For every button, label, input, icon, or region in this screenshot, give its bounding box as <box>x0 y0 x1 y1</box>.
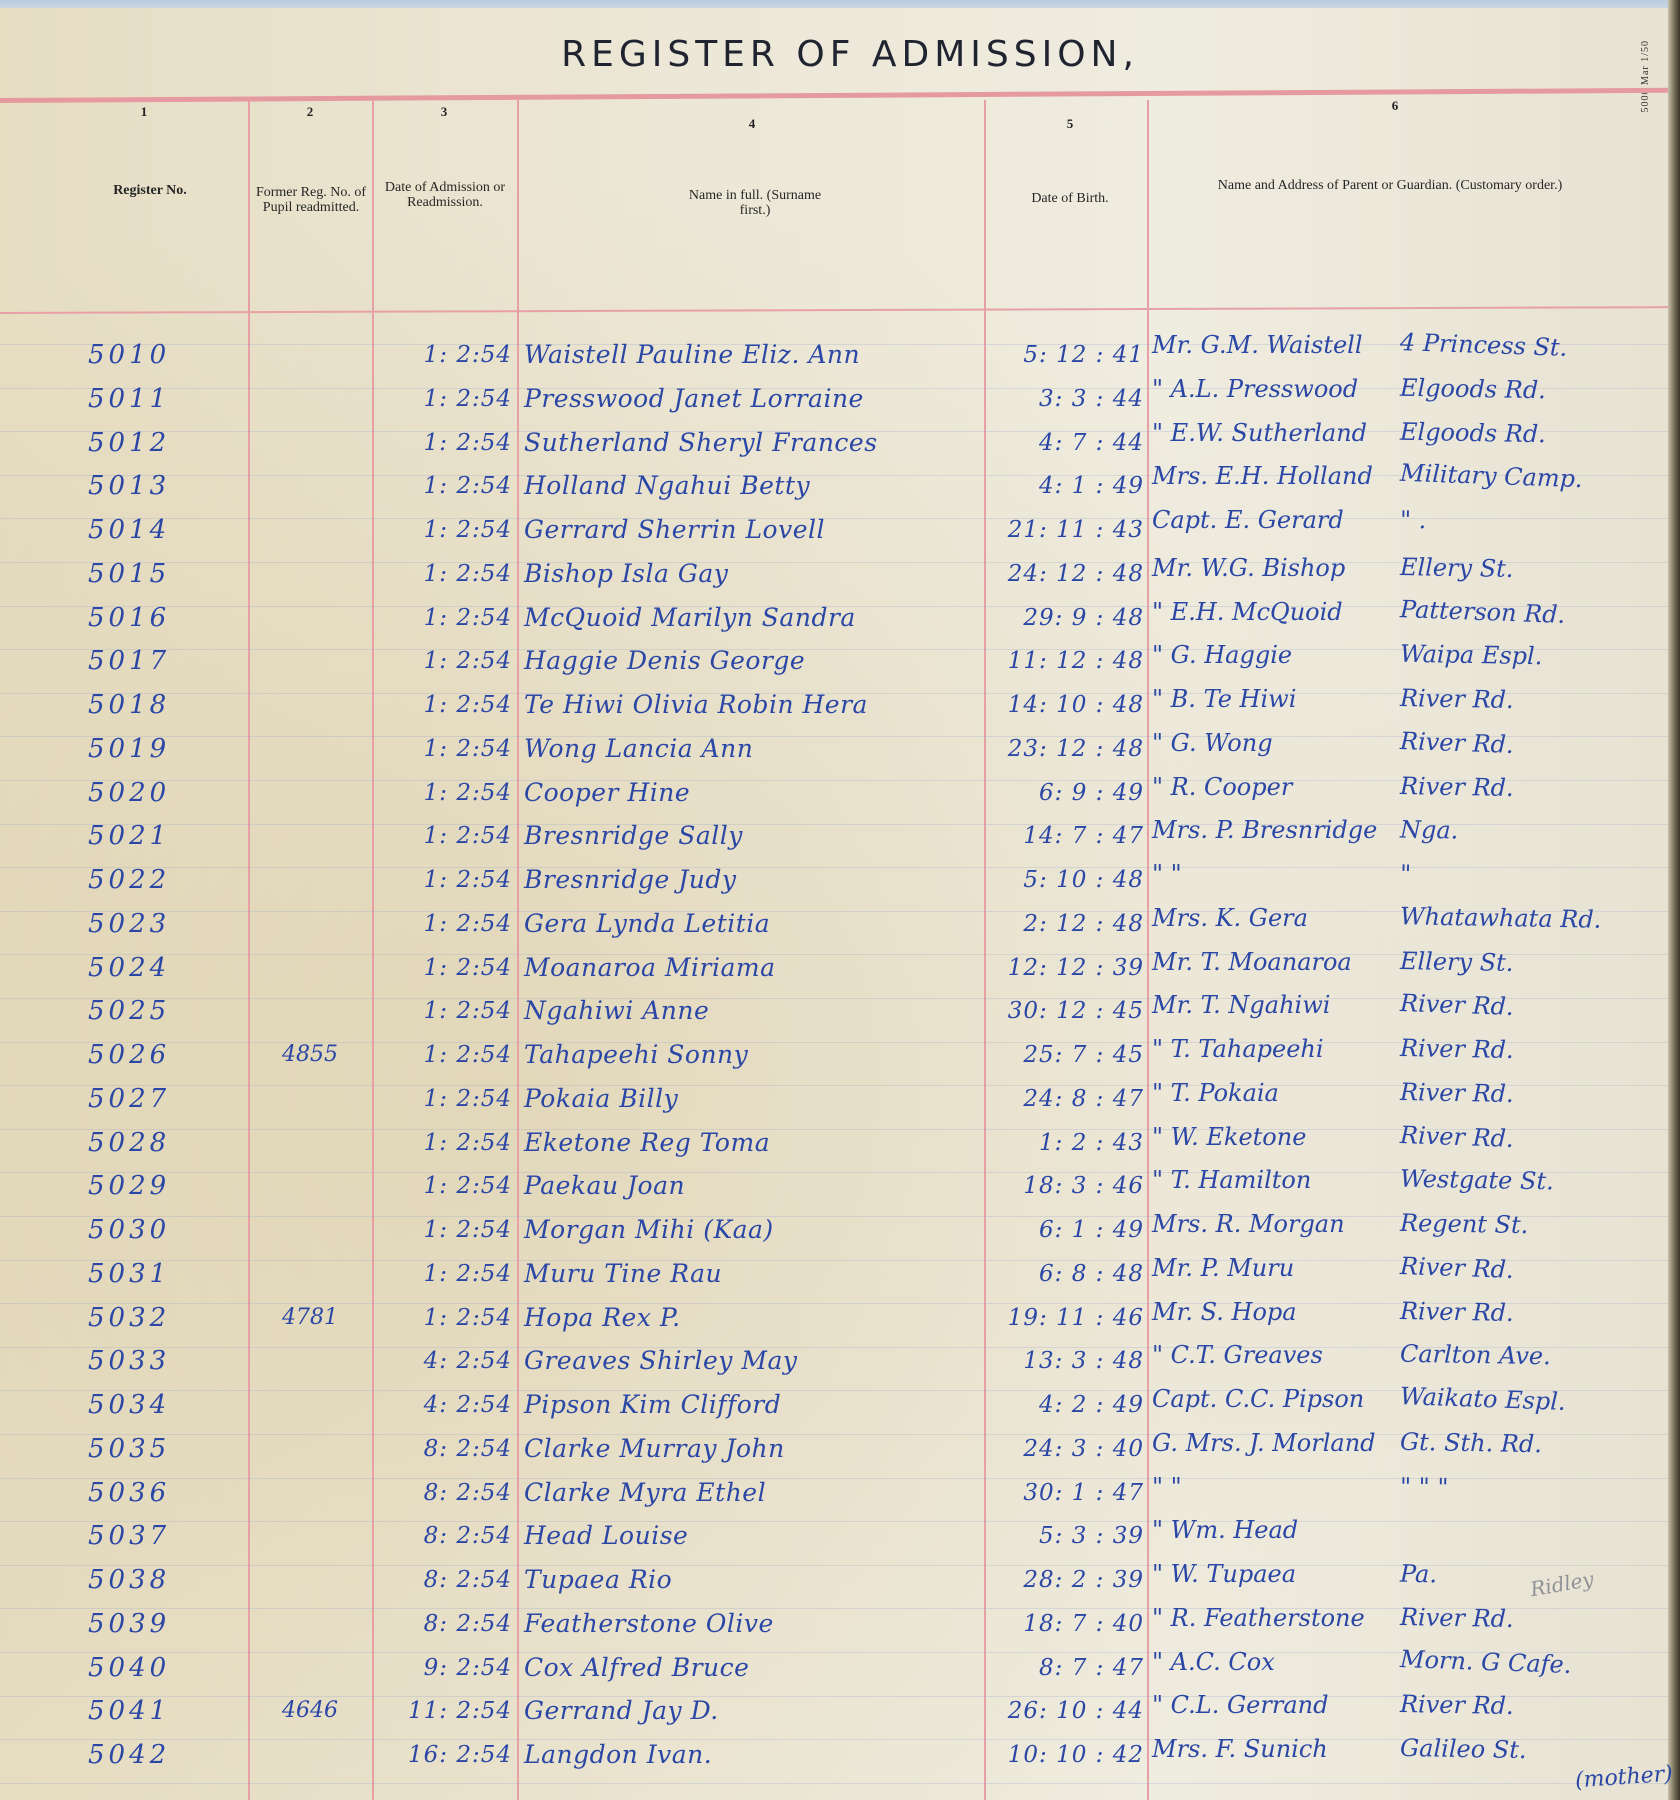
pupil-name: Sutherland Sheryl Frances <box>524 428 878 458</box>
column-header-register-no: Register No. <box>100 155 200 225</box>
printer-imprint: 5000 Mar 1/50 <box>1640 40 1651 112</box>
pupil-name: McQuoid Marilyn Sandra <box>524 603 856 633</box>
date-of-birth: 10: 10 : 42 <box>986 1740 1144 1770</box>
pupil-name: Clarke Myra Ethel <box>524 1478 766 1508</box>
pupil-name: Greaves Shirley May <box>524 1346 797 1376</box>
ruled-line <box>0 1521 1668 1522</box>
date-of-birth: 21: 11 : 43 <box>986 515 1144 545</box>
register-number: 5039 <box>88 1609 170 1639</box>
column-number-6: 6 <box>1375 98 1415 114</box>
parent-address: Regent St. <box>1400 1208 1529 1240</box>
page-title: REGISTER OF ADMISSION, <box>0 34 1680 75</box>
admission-date: 1: 2:54 <box>380 909 512 939</box>
register-number: 5015 <box>88 559 170 589</box>
admission-date: 1: 2:54 <box>380 1171 512 1201</box>
parent-name: " C.L. Gerrand <box>1152 1690 1328 1720</box>
former-reg-number: 4855 <box>250 1040 370 1070</box>
parent-name: " E.W. Sutherland <box>1152 418 1367 448</box>
parent-name: " Wm. Head <box>1152 1515 1298 1545</box>
date-of-birth: 5: 10 : 48 <box>986 865 1144 895</box>
admission-date: 1: 2:54 <box>380 1215 512 1245</box>
date-of-birth: 4: 2 : 49 <box>986 1390 1144 1420</box>
admission-date: 8: 2:54 <box>380 1565 512 1595</box>
column-number-1: 1 <box>124 104 164 120</box>
parent-name: G. Mrs. J. Morland <box>1152 1428 1376 1458</box>
parent-address: Elgoods Rd. <box>1400 416 1546 449</box>
date-of-birth: 3: 3 : 44 <box>986 384 1144 414</box>
register-number: 5018 <box>88 690 170 720</box>
pupil-name: Ngahiwi Anne <box>524 996 709 1026</box>
parent-name: Mr. G.M. Waistell <box>1152 330 1363 360</box>
parent-name: Mr. T. Moanaroa <box>1152 947 1352 977</box>
parent-name: " R. Cooper <box>1152 772 1292 802</box>
admission-date: 4: 2:54 <box>380 1346 512 1376</box>
admission-date: 1: 2:54 <box>380 340 512 370</box>
admission-date: 1: 2:54 <box>380 821 512 851</box>
parent-name: Mr. T. Ngahiwi <box>1152 990 1330 1020</box>
parent-address: River Rd. <box>1400 1033 1514 1065</box>
parent-name: " A.L. Presswood <box>1152 374 1358 404</box>
register-number: 5010 <box>88 340 170 370</box>
book-spine-edge <box>1668 0 1680 1800</box>
pupil-name: Muru Tine Rau <box>524 1259 722 1289</box>
pupil-name: Haggie Denis George <box>524 646 805 676</box>
register-number: 5024 <box>88 953 170 983</box>
parent-address: River Rd. <box>1400 1251 1515 1285</box>
parent-name: Mrs. E.H. Holland <box>1152 461 1373 491</box>
column-number-4: 4 <box>732 116 772 132</box>
date-of-birth: 30: 12 : 45 <box>986 996 1144 1026</box>
pupil-name: Morgan Mihi (Kaa) <box>524 1215 774 1245</box>
admission-date: 1: 2:54 <box>380 515 512 545</box>
parent-name: Capt. E. Gerard <box>1152 505 1344 535</box>
column-header-label: Register No. <box>113 183 187 198</box>
date-of-birth: 18: 7 : 40 <box>986 1609 1144 1639</box>
parent-name: Mrs. K. Gera <box>1152 903 1308 933</box>
date-of-birth: 6: 1 : 49 <box>986 1215 1144 1245</box>
admission-date: 1: 2:54 <box>380 384 512 414</box>
date-of-birth: 30: 1 : 47 <box>986 1478 1144 1508</box>
date-of-birth: 24: 12 : 48 <box>986 559 1144 589</box>
parent-address: Ellery St. <box>1400 946 1514 978</box>
parent-address: Westgate St. <box>1400 1164 1554 1197</box>
pupil-name: Eketone Reg Toma <box>524 1128 770 1158</box>
column-header-parent-guardian: Name and Address of Parent or Guardian. … <box>1210 150 1570 220</box>
parent-address: Nga. <box>1400 815 1459 846</box>
pupil-name: Gera Lynda Letitia <box>524 909 770 939</box>
parent-address: Morn. G Cafe. <box>1400 1644 1572 1680</box>
column-number-5: 5 <box>1050 116 1090 132</box>
admission-date: 4: 2:54 <box>380 1390 512 1420</box>
register-number: 5021 <box>88 821 170 851</box>
date-of-birth: 1: 2 : 43 <box>986 1128 1144 1158</box>
pupil-name: Holland Ngahui Betty <box>524 471 810 501</box>
admission-date: 1: 2:54 <box>380 428 512 458</box>
parent-address: Gt. Sth. Rd. <box>1400 1427 1542 1459</box>
parent-name: " T. Pokaia <box>1152 1078 1279 1108</box>
pupil-name: Cooper Hine <box>524 778 690 808</box>
date-of-birth: 5: 12 : 41 <box>986 340 1144 370</box>
admission-date: 1: 2:54 <box>380 559 512 589</box>
pupil-name: Bishop Isla Gay <box>524 559 728 589</box>
admission-date: 8: 2:54 <box>380 1609 512 1639</box>
date-of-birth: 8: 7 : 47 <box>986 1653 1144 1683</box>
admission-date: 1: 2:54 <box>380 471 512 501</box>
parent-address: Patterson Rd. <box>1400 594 1566 630</box>
parent-address: River Rd. <box>1400 1120 1515 1154</box>
parent-address: River Rd. <box>1400 988 1515 1022</box>
admission-date: 1: 2:54 <box>380 1259 512 1289</box>
former-reg-number: 4781 <box>250 1303 370 1333</box>
admission-date: 16: 2:54 <box>380 1740 512 1770</box>
register-number: 5028 <box>88 1128 170 1158</box>
register-number: 5019 <box>88 734 170 764</box>
pupil-name: Bresnridge Sally <box>524 821 743 851</box>
column-header-full-name: Name in full. (Surname first.) <box>680 168 830 238</box>
register-number: 5036 <box>88 1478 170 1508</box>
column-header-date-of-birth: Date of Birth. <box>1000 163 1140 233</box>
parent-address: Ellery St. <box>1400 552 1514 584</box>
register-number: 5017 <box>88 646 170 676</box>
parent-name: Mrs. P. Bresnridge <box>1152 815 1377 845</box>
admission-date: 1: 2:54 <box>380 996 512 1026</box>
register-number: 5037 <box>88 1521 170 1551</box>
pupil-name: Moanaroa Miriama <box>524 953 775 983</box>
parent-address: Galileo St. <box>1400 1733 1527 1765</box>
date-of-birth: 14: 10 : 48 <box>986 690 1144 720</box>
column-header-former-reg: Former Reg. No. of Pupil readmitted. <box>252 165 370 235</box>
parent-name: " E.H. McQuoid <box>1152 597 1343 627</box>
column-header-label: Name and Address of Parent or Guardian. … <box>1218 178 1562 193</box>
parent-address: " " " <box>1400 1471 1449 1502</box>
column-header-label: Date of Birth. <box>1031 191 1108 206</box>
ruled-line <box>0 1783 1668 1784</box>
parent-address: River Rd. <box>1400 1689 1514 1721</box>
register-number: 5029 <box>88 1171 170 1201</box>
admission-date: 1: 2:54 <box>380 865 512 895</box>
admission-date: 1: 2:54 <box>380 1040 512 1070</box>
admission-date: 1: 2:54 <box>380 646 512 676</box>
pupil-name: Paekau Joan <box>524 1171 685 1201</box>
date-of-birth: 13: 3 : 48 <box>986 1346 1144 1376</box>
admission-date: 1: 2:54 <box>380 603 512 633</box>
parent-name: " A.C. Cox <box>1152 1647 1275 1677</box>
date-of-birth: 28: 2 : 39 <box>986 1565 1144 1595</box>
date-of-birth: 4: 1 : 49 <box>986 471 1144 501</box>
column-header-label: Date of Admission or Readmission. <box>380 180 510 210</box>
pupil-name: Gerrard Sherrin Lovell <box>524 515 825 545</box>
date-of-birth: 23: 12 : 48 <box>986 734 1144 764</box>
column-number-3: 3 <box>424 104 464 120</box>
register-number: 5013 <box>88 471 170 501</box>
admission-date: 8: 2:54 <box>380 1434 512 1464</box>
pupil-name: Langdon Ivan. <box>524 1740 712 1770</box>
register-number: 5022 <box>88 865 170 895</box>
register-number: 5033 <box>88 1346 170 1376</box>
date-of-birth: 24: 3 : 40 <box>986 1434 1144 1464</box>
pupil-name: Clarke Murray John <box>524 1434 785 1464</box>
pupil-name: Wong Lancia Ann <box>524 734 753 764</box>
column-header-admission-date: Date of Admission or Readmission. <box>380 160 510 230</box>
register-number: 5032 <box>88 1303 170 1333</box>
register-number: 5034 <box>88 1390 170 1420</box>
parent-address: Pa. <box>1400 1559 1438 1590</box>
pupil-name: Pipson Kim Clifford <box>524 1390 781 1420</box>
parent-name: Mrs. R. Morgan <box>1152 1209 1345 1239</box>
admission-date: 9: 2:54 <box>380 1653 512 1683</box>
parent-name: " T. Hamilton <box>1152 1165 1311 1195</box>
register-number: 5041 <box>88 1696 170 1726</box>
column-rule <box>372 100 374 1800</box>
pupil-name: Cox Alfred Bruce <box>524 1653 749 1683</box>
parent-address: River Rd. <box>1400 1296 1514 1328</box>
pupil-name: Featherstone Olive <box>524 1609 774 1639</box>
register-number: 5026 <box>88 1040 170 1070</box>
date-of-birth: 25: 7 : 45 <box>986 1040 1144 1070</box>
parent-name: Capt. C.C. Pipson <box>1152 1384 1364 1414</box>
column-header-label: Name in full. (Surname first.) <box>680 188 830 218</box>
admission-date: 11: 2:54 <box>380 1696 512 1726</box>
register-number: 5023 <box>88 909 170 939</box>
parent-address: River Rd. <box>1400 771 1514 803</box>
parent-address: River Rd. <box>1400 726 1515 760</box>
parent-name: " " <box>1152 859 1182 889</box>
pupil-name: Te Hiwi Olivia Robin Hera <box>524 690 868 720</box>
register-number: 5042 <box>88 1740 170 1770</box>
register-number: 5025 <box>88 996 170 1026</box>
register-number: 5031 <box>88 1259 170 1289</box>
parent-name: " T. Tahapeehi <box>1152 1034 1324 1064</box>
parent-address: Waikato Espl. <box>1400 1381 1567 1417</box>
register-number: 5027 <box>88 1084 170 1114</box>
former-reg-number: 4646 <box>250 1696 370 1726</box>
pupil-name: Presswood Janet Lorraine <box>524 384 864 414</box>
pupil-name: Gerrand Jay D. <box>524 1696 719 1726</box>
date-of-birth: 19: 11 : 46 <box>986 1303 1144 1333</box>
admission-date: 1: 2:54 <box>380 690 512 720</box>
parent-address: Elgoods Rd. <box>1400 372 1546 405</box>
date-of-birth: 29: 9 : 48 <box>986 603 1144 633</box>
column-number-2: 2 <box>290 104 330 120</box>
pupil-name: Head Louise <box>524 1521 688 1551</box>
date-of-birth: 2: 12 : 48 <box>986 909 1144 939</box>
parent-name: " B. Te Hiwi <box>1152 684 1296 714</box>
register-number: 5038 <box>88 1565 170 1595</box>
date-of-birth: 14: 7 : 47 <box>986 821 1144 851</box>
register-number: 5030 <box>88 1215 170 1245</box>
parent-name: Mr. P. Muru <box>1152 1253 1294 1283</box>
pupil-name: Tahapeehi Sonny <box>524 1040 748 1070</box>
parent-address: River Rd. <box>1400 1602 1514 1634</box>
parent-name: " W. Tupaea <box>1152 1559 1296 1589</box>
parent-address: Carlton Ave. <box>1400 1339 1551 1372</box>
admission-date: 1: 2:54 <box>380 734 512 764</box>
admission-date: 8: 2:54 <box>380 1478 512 1508</box>
admission-date: 1: 2:54 <box>380 778 512 808</box>
pupil-name: Tupaea Rio <box>524 1565 672 1595</box>
parent-name: Mrs. F. Sunich <box>1152 1734 1328 1764</box>
register-number: 5011 <box>88 384 170 414</box>
date-of-birth: 6: 8 : 48 <box>986 1259 1144 1289</box>
date-of-birth: 18: 3 : 46 <box>986 1171 1144 1201</box>
admission-date: 1: 2:54 <box>380 1128 512 1158</box>
column-rule <box>1147 100 1149 1800</box>
register-number: 5012 <box>88 428 170 458</box>
parent-address: River Rd. <box>1400 1077 1514 1109</box>
admission-date: 8: 2:54 <box>380 1521 512 1551</box>
column-rule <box>517 100 519 1800</box>
ruled-line <box>0 867 1668 868</box>
parent-name: " G. Wong <box>1152 728 1273 758</box>
parent-address: " <box>1399 859 1411 889</box>
date-of-birth: 12: 12 : 39 <box>986 953 1144 983</box>
register-number: 5040 <box>88 1653 170 1683</box>
date-of-birth: 11: 12 : 48 <box>986 646 1144 676</box>
column-header-label: Former Reg. No. of Pupil readmitted. <box>252 185 370 215</box>
parent-address: 4 Princess St. <box>1400 327 1568 363</box>
parent-name: Mr. W.G. Bishop <box>1152 553 1345 583</box>
pupil-name: Bresnridge Judy <box>524 865 737 895</box>
admission-date: 1: 2:54 <box>380 1084 512 1114</box>
parent-address: River Rd. <box>1400 683 1514 715</box>
register-number: 5016 <box>88 603 170 633</box>
date-of-birth: 5: 3 : 39 <box>986 1521 1144 1551</box>
register-number: 5014 <box>88 515 170 545</box>
parent-address: Waipa Espl. <box>1400 639 1543 671</box>
parent-address: " . <box>1400 505 1427 535</box>
admission-date: 1: 2:54 <box>380 953 512 983</box>
date-of-birth: 24: 8 : 47 <box>986 1084 1144 1114</box>
parent-name: " G. Haggie <box>1152 640 1292 670</box>
column-rule <box>248 100 250 1800</box>
pupil-name: Pokaia Billy <box>524 1084 678 1114</box>
parent-name: " R. Featherstone <box>1152 1603 1365 1633</box>
parent-name: " " <box>1152 1472 1182 1502</box>
pupil-name: Waistell Pauline Eliz. Ann <box>524 340 860 370</box>
register-number: 5035 <box>88 1434 170 1464</box>
register-number: 5020 <box>88 778 170 808</box>
parent-name: Mr. S. Hopa <box>1152 1297 1297 1327</box>
date-of-birth: 26: 10 : 44 <box>986 1696 1144 1726</box>
parent-name: " W. Eketone <box>1152 1122 1306 1152</box>
date-of-birth: 4: 7 : 44 <box>986 428 1144 458</box>
parent-address: Whatawhata Rd. <box>1400 901 1602 935</box>
admission-date: 1: 2:54 <box>380 1303 512 1333</box>
date-of-birth: 6: 9 : 49 <box>986 778 1144 808</box>
parent-name: " C.T. Greaves <box>1152 1340 1323 1370</box>
pupil-name: Hopa Rex P. <box>524 1303 681 1333</box>
